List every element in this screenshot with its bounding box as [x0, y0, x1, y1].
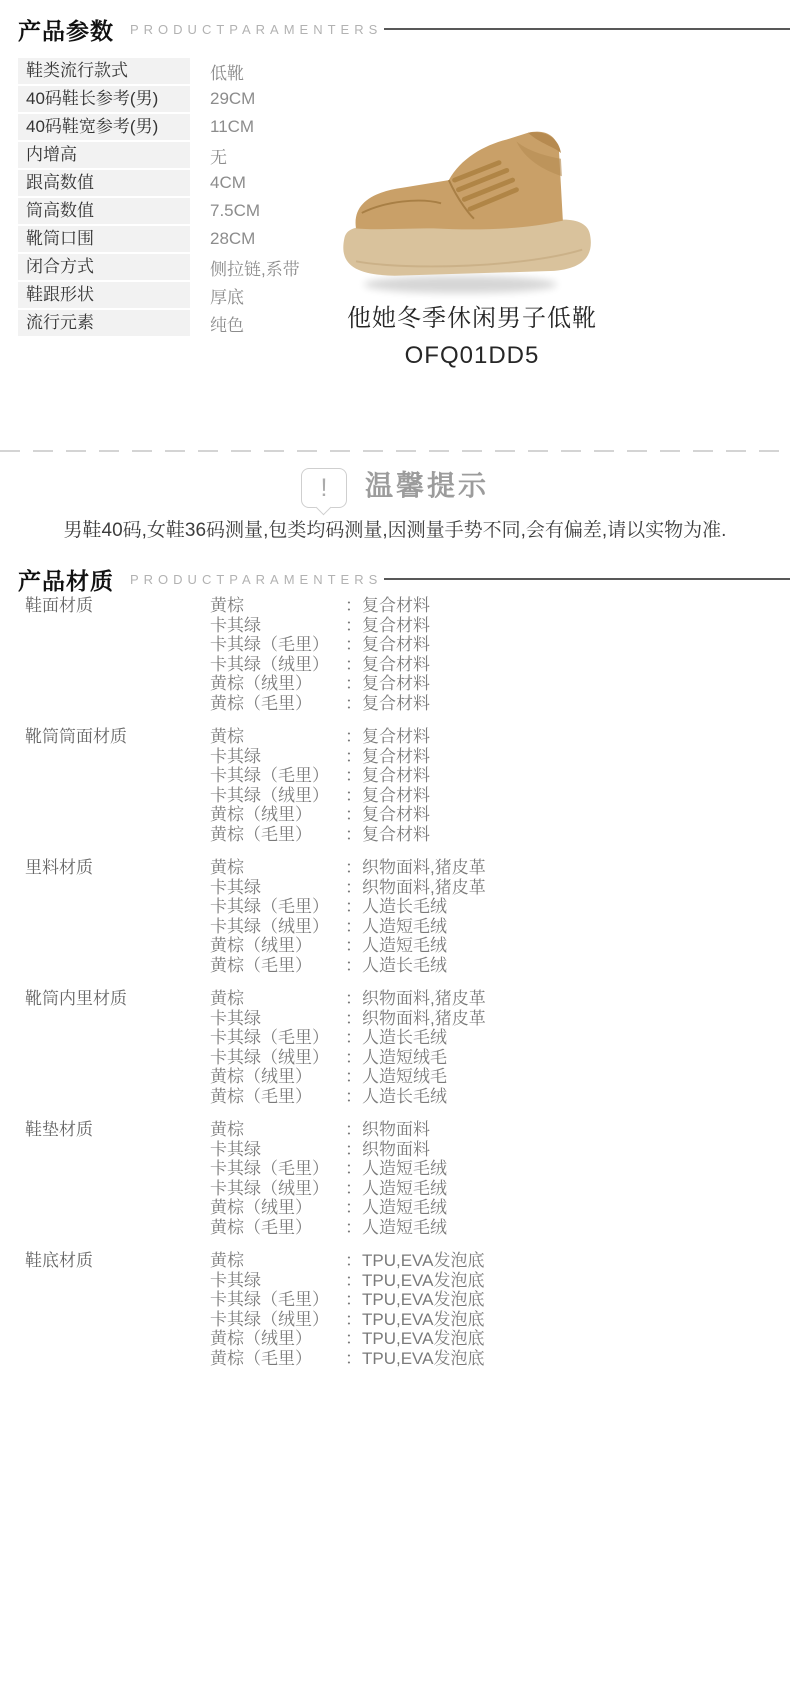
material-row: 卡其绿（毛里） ： 人造长毛绒	[210, 897, 486, 917]
material-colon: ：	[345, 917, 362, 937]
material-section-name: 鞋底材质	[25, 1251, 210, 1368]
material-row: 卡其绿（绒里） ： 人造短绒毛	[210, 1048, 486, 1068]
material-color-name: 黄棕	[210, 1120, 345, 1140]
parameter-value: 厚底	[210, 283, 244, 308]
parameter-value: 低靴	[210, 59, 244, 84]
material-colon: ：	[345, 1028, 362, 1048]
warm-tips: ! 温馨提示 男鞋40码,女鞋36码测量,包类均码测量,因测量手势不同,会有偏差…	[0, 468, 790, 544]
material-row: 卡其绿 ： 织物面料,猪皮革	[210, 878, 486, 898]
parameter-label: 跟高数值	[18, 170, 190, 196]
material-value: TPU,EVA发泡底	[362, 1290, 484, 1310]
exclamation-glyph: !	[321, 474, 328, 502]
material-row: 黄棕 ： TPU,EVA发泡底	[210, 1251, 484, 1271]
material-value: TPU,EVA发泡底	[362, 1310, 484, 1330]
material-row: 黄棕（毛里） ： 复合材料	[210, 694, 430, 714]
materials-section-title: 产品材质	[18, 563, 114, 596]
material-section: 靴筒内里材质 黄棕 ： 织物面料,猪皮革 卡其绿 ： 织物面料,猪皮革 卡其绿（…	[25, 989, 790, 1106]
material-row: 黄棕（毛里） ： 人造长毛绒	[210, 1087, 486, 1107]
material-row: 卡其绿（毛里） ： 人造长毛绒	[210, 1028, 486, 1048]
parameter-label: 鞋跟形状	[18, 282, 190, 308]
material-color-name: 卡其绿	[210, 1009, 345, 1029]
material-colon: ：	[345, 1140, 362, 1160]
material-section: 鞋底材质 黄棕 ： TPU,EVA发泡底 卡其绿 ： TPU,EVA发泡底 卡其…	[25, 1251, 790, 1368]
material-color-name: 卡其绿（毛里）	[210, 1159, 345, 1179]
material-colon: ：	[345, 936, 362, 956]
material-colon: ：	[345, 1048, 362, 1068]
material-colon: ：	[345, 1009, 362, 1029]
material-row: 卡其绿 ： 织物面料,猪皮革	[210, 1009, 486, 1029]
material-row: 黄棕 ： 织物面料,猪皮革	[210, 989, 486, 1009]
material-colon: ：	[345, 897, 362, 917]
material-row: 黄棕（绒里） ： 人造短毛绒	[210, 936, 486, 956]
product-caption: 他她冬季休闲男子低靴	[322, 302, 622, 336]
product-figure: 他她冬季休闲男子低靴 OFQ01DD5	[322, 58, 622, 374]
material-color-name: 黄棕	[210, 727, 345, 747]
material-row: 黄棕 ： 复合材料	[210, 596, 430, 616]
material-section-rows: 黄棕 ： 复合材料 卡其绿 ： 复合材料 卡其绿（毛里） ： 复合材料 卡其绿（…	[210, 596, 430, 713]
parameter-value: 侧拉链,系带	[210, 255, 300, 280]
material-color-name: 黄棕（绒里）	[210, 1329, 345, 1349]
material-colon: ：	[345, 786, 362, 806]
parameter-value: 28CM	[210, 229, 255, 249]
parameter-value: 无	[210, 143, 227, 168]
material-row: 黄棕（毛里） ： 复合材料	[210, 825, 430, 845]
material-color-name: 卡其绿（毛里）	[210, 897, 345, 917]
material-row: 卡其绿 ： 复合材料	[210, 747, 430, 767]
material-colon: ：	[345, 635, 362, 655]
material-value: 织物面料,猪皮革	[362, 1009, 486, 1029]
material-color-name: 卡其绿（绒里）	[210, 917, 345, 937]
material-value: 人造短绒毛	[362, 1048, 447, 1068]
material-value: 复合材料	[362, 694, 430, 714]
speech-bubble-tail	[316, 500, 332, 516]
material-row: 卡其绿 ： TPU,EVA发泡底	[210, 1271, 484, 1291]
material-colon: ：	[345, 825, 362, 845]
material-row: 卡其绿 ： 复合材料	[210, 616, 430, 636]
material-color-name: 卡其绿（绒里）	[210, 1048, 345, 1068]
product-detail-page: 产品参数 PRODUCTPARAMENTERS 鞋类流行款式 低靴 40码鞋长参…	[0, 0, 790, 1690]
parameter-label: 闭合方式	[18, 254, 190, 280]
material-row: 黄棕（绒里） ： 人造短绒毛	[210, 1067, 486, 1087]
params-section-title: 产品参数	[18, 13, 114, 46]
material-color-name: 卡其绿（毛里）	[210, 635, 345, 655]
material-color-name: 卡其绿（毛里）	[210, 1290, 345, 1310]
material-section-name: 靴筒内里材质	[25, 989, 210, 1106]
exclamation-icon: !	[301, 468, 347, 508]
material-value: TPU,EVA发泡底	[362, 1329, 484, 1349]
material-colon: ：	[345, 1179, 362, 1199]
material-row: 卡其绿（绒里） ： TPU,EVA发泡底	[210, 1310, 484, 1330]
materials-section-header: 产品材质 PRODUCTPARAMENTERS	[0, 550, 790, 594]
material-row: 黄棕（毛里） ： 人造长毛绒	[210, 956, 486, 976]
parameter-label: 筒高数值	[18, 198, 190, 224]
material-section-name: 鞋垫材质	[25, 1120, 210, 1237]
material-colon: ：	[345, 727, 362, 747]
material-value: 人造短毛绒	[362, 1159, 447, 1179]
material-color-name: 黄棕（绒里）	[210, 1198, 345, 1218]
material-row: 黄棕（绒里） ： 复合材料	[210, 805, 430, 825]
parameter-label: 鞋类流行款式	[18, 58, 190, 84]
material-value: 织物面料	[362, 1140, 430, 1160]
material-row: 黄棕（毛里） ： 人造短毛绒	[210, 1218, 447, 1238]
material-color-name: 黄棕	[210, 989, 345, 1009]
material-section-name: 靴筒筒面材质	[25, 727, 210, 844]
warm-tips-title: 温馨提示	[365, 468, 489, 504]
material-colon: ：	[345, 1271, 362, 1291]
warm-tips-header: ! 温馨提示	[0, 468, 790, 514]
material-value: 复合材料	[362, 727, 430, 747]
parameters-area: 鞋类流行款式 低靴 40码鞋长参考(男) 29CM 40码鞋宽参考(男) 11C…	[0, 58, 790, 390]
material-value: 人造长毛绒	[362, 897, 447, 917]
material-value: 复合材料	[362, 786, 430, 806]
material-color-name: 黄棕（绒里）	[210, 805, 345, 825]
material-value: 复合材料	[362, 616, 430, 636]
material-section-rows: 黄棕 ： 织物面料,猪皮革 卡其绿 ： 织物面料,猪皮革 卡其绿（毛里） ： 人…	[210, 989, 486, 1106]
material-section-name: 鞋面材质	[25, 596, 210, 713]
material-colon: ：	[345, 1329, 362, 1349]
material-row: 黄棕（绒里） ： TPU,EVA发泡底	[210, 1329, 484, 1349]
material-row: 卡其绿（毛里） ： TPU,EVA发泡底	[210, 1290, 484, 1310]
material-colon: ：	[345, 1290, 362, 1310]
material-color-name: 卡其绿	[210, 1271, 345, 1291]
material-row: 卡其绿 ： 织物面料	[210, 1140, 447, 1160]
material-colon: ：	[345, 1349, 362, 1369]
material-value: 人造短绒毛	[362, 1067, 447, 1087]
material-value: 人造短毛绒	[362, 917, 447, 937]
parameter-label: 内增高	[18, 142, 190, 168]
material-color-name: 卡其绿（绒里）	[210, 655, 345, 675]
material-value: 人造短毛绒	[362, 936, 447, 956]
material-colon: ：	[345, 766, 362, 786]
material-color-name: 黄棕（毛里）	[210, 694, 345, 714]
material-colon: ：	[345, 956, 362, 976]
material-colon: ：	[345, 1310, 362, 1330]
material-value: 复合材料	[362, 674, 430, 694]
material-value: 人造短毛绒	[362, 1198, 447, 1218]
material-value: 复合材料	[362, 655, 430, 675]
material-color-name: 黄棕	[210, 596, 345, 616]
material-value: 复合材料	[362, 805, 430, 825]
material-row: 卡其绿（绒里） ： 复合材料	[210, 786, 430, 806]
material-color-name: 黄棕（毛里）	[210, 1349, 345, 1369]
material-section-rows: 黄棕 ： TPU,EVA发泡底 卡其绿 ： TPU,EVA发泡底 卡其绿（毛里）…	[210, 1251, 484, 1368]
material-colon: ：	[345, 616, 362, 636]
material-color-name: 黄棕（毛里）	[210, 1218, 345, 1238]
material-value: TPU,EVA发泡底	[362, 1251, 484, 1271]
params-section-header: 产品参数 PRODUCTPARAMENTERS	[0, 0, 790, 44]
material-colon: ：	[345, 1120, 362, 1140]
material-value: 人造长毛绒	[362, 1028, 447, 1048]
material-colon: ：	[345, 655, 362, 675]
header-rule	[384, 578, 790, 580]
material-section-name: 里料材质	[25, 858, 210, 975]
material-color-name: 黄棕（毛里）	[210, 1087, 345, 1107]
material-value: 复合材料	[362, 635, 430, 655]
parameter-label: 靴筒口围	[18, 226, 190, 252]
dashed-divider	[0, 450, 790, 452]
material-color-name: 卡其绿	[210, 747, 345, 767]
material-color-name: 黄棕（毛里）	[210, 956, 345, 976]
material-color-name: 黄棕（毛里）	[210, 825, 345, 845]
material-value: 复合材料	[362, 747, 430, 767]
material-row: 黄棕（绒里） ： 复合材料	[210, 674, 430, 694]
material-section: 里料材质 黄棕 ： 织物面料,猪皮革 卡其绿 ： 织物面料,猪皮革 卡其绿（毛里…	[25, 858, 790, 975]
material-row: 卡其绿（毛里） ： 人造短毛绒	[210, 1159, 447, 1179]
product-shoe-image	[327, 122, 617, 300]
material-colon: ：	[345, 1067, 362, 1087]
material-color-name: 卡其绿	[210, 616, 345, 636]
material-value: 人造短毛绒	[362, 1179, 447, 1199]
material-colon: ：	[345, 1198, 362, 1218]
material-colon: ：	[345, 1159, 362, 1179]
parameter-value: 11CM	[210, 117, 254, 137]
material-row: 黄棕 ： 织物面料,猪皮革	[210, 858, 486, 878]
material-colon: ：	[345, 858, 362, 878]
material-value: 织物面料	[362, 1120, 430, 1140]
parameter-value: 7.5CM	[210, 201, 260, 221]
header-rule	[384, 28, 790, 30]
material-color-name: 卡其绿（绒里）	[210, 786, 345, 806]
parameter-label: 流行元素	[18, 310, 190, 336]
material-color-name: 卡其绿	[210, 878, 345, 898]
material-colon: ：	[345, 596, 362, 616]
material-color-name: 黄棕（绒里）	[210, 936, 345, 956]
material-row: 黄棕（毛里） ： TPU,EVA发泡底	[210, 1349, 484, 1369]
material-value: 人造长毛绒	[362, 1087, 447, 1107]
material-section: 鞋垫材质 黄棕 ： 织物面料 卡其绿 ： 织物面料 卡其绿（毛里） ： 人造短毛…	[25, 1120, 790, 1237]
material-colon: ：	[345, 878, 362, 898]
parameter-value: 29CM	[210, 89, 255, 109]
warm-tips-text: 男鞋40码,女鞋36码测量,包类均码测量,因测量手势不同,会有偏差,请以实物为准…	[0, 518, 790, 544]
material-row: 黄棕（绒里） ： 人造短毛绒	[210, 1198, 447, 1218]
material-color-name: 黄棕	[210, 858, 345, 878]
params-section-subtitle: PRODUCTPARAMENTERS	[130, 22, 382, 37]
material-value: TPU,EVA发泡底	[362, 1349, 484, 1369]
material-colon: ：	[345, 674, 362, 694]
material-row: 卡其绿（绒里） ： 人造短毛绒	[210, 1179, 447, 1199]
materials-section-subtitle: PRODUCTPARAMENTERS	[130, 572, 382, 587]
material-color-name: 黄棕（绒里）	[210, 1067, 345, 1087]
material-section-rows: 黄棕 ： 织物面料 卡其绿 ： 织物面料 卡其绿（毛里） ： 人造短毛绒 卡其绿…	[210, 1120, 447, 1237]
material-colon: ：	[345, 805, 362, 825]
material-color-name: 黄棕（绒里）	[210, 674, 345, 694]
material-section-rows: 黄棕 ： 复合材料 卡其绿 ： 复合材料 卡其绿（毛里） ： 复合材料 卡其绿（…	[210, 727, 430, 844]
material-value: 人造短毛绒	[362, 1218, 447, 1238]
material-section: 鞋面材质 黄棕 ： 复合材料 卡其绿 ： 复合材料 卡其绿（毛里） ： 复合材料…	[25, 596, 790, 713]
material-colon: ：	[345, 694, 362, 714]
material-section-rows: 黄棕 ： 织物面料,猪皮革 卡其绿 ： 织物面料,猪皮革 卡其绿（毛里） ： 人…	[210, 858, 486, 975]
material-color-name: 卡其绿（绒里）	[210, 1179, 345, 1199]
material-row: 卡其绿（绒里） ： 人造短毛绒	[210, 917, 486, 937]
material-color-name: 卡其绿	[210, 1140, 345, 1160]
parameter-value: 纯色	[210, 311, 244, 336]
material-colon: ：	[345, 1251, 362, 1271]
material-value: 织物面料,猪皮革	[362, 989, 486, 1009]
parameter-label: 40码鞋宽参考(男)	[18, 114, 190, 140]
material-value: 复合材料	[362, 596, 430, 616]
material-row: 黄棕 ： 复合材料	[210, 727, 430, 747]
material-color-name: 黄棕	[210, 1251, 345, 1271]
product-model-code: OFQ01DD5	[322, 338, 622, 374]
material-color-name: 卡其绿（绒里）	[210, 1310, 345, 1330]
parameter-value: 4CM	[210, 173, 246, 193]
parameter-label: 40码鞋长参考(男)	[18, 86, 190, 112]
material-section: 靴筒筒面材质 黄棕 ： 复合材料 卡其绿 ： 复合材料 卡其绿（毛里） ： 复合…	[25, 727, 790, 844]
materials-list: 鞋面材质 黄棕 ： 复合材料 卡其绿 ： 复合材料 卡其绿（毛里） ： 复合材料…	[25, 596, 790, 1368]
material-value: 复合材料	[362, 825, 430, 845]
material-value: TPU,EVA发泡底	[362, 1271, 484, 1291]
material-row: 黄棕 ： 织物面料	[210, 1120, 447, 1140]
material-color-name: 卡其绿（毛里）	[210, 1028, 345, 1048]
material-value: 人造长毛绒	[362, 956, 447, 976]
material-value: 织物面料,猪皮革	[362, 878, 486, 898]
material-row: 卡其绿（毛里） ： 复合材料	[210, 766, 430, 786]
material-color-name: 卡其绿（毛里）	[210, 766, 345, 786]
material-row: 卡其绿（绒里） ： 复合材料	[210, 655, 430, 675]
material-row: 卡其绿（毛里） ： 复合材料	[210, 635, 430, 655]
material-colon: ：	[345, 1218, 362, 1238]
material-colon: ：	[345, 989, 362, 1009]
material-colon: ：	[345, 1087, 362, 1107]
material-value: 织物面料,猪皮革	[362, 858, 486, 878]
material-value: 复合材料	[362, 766, 430, 786]
material-colon: ：	[345, 747, 362, 767]
